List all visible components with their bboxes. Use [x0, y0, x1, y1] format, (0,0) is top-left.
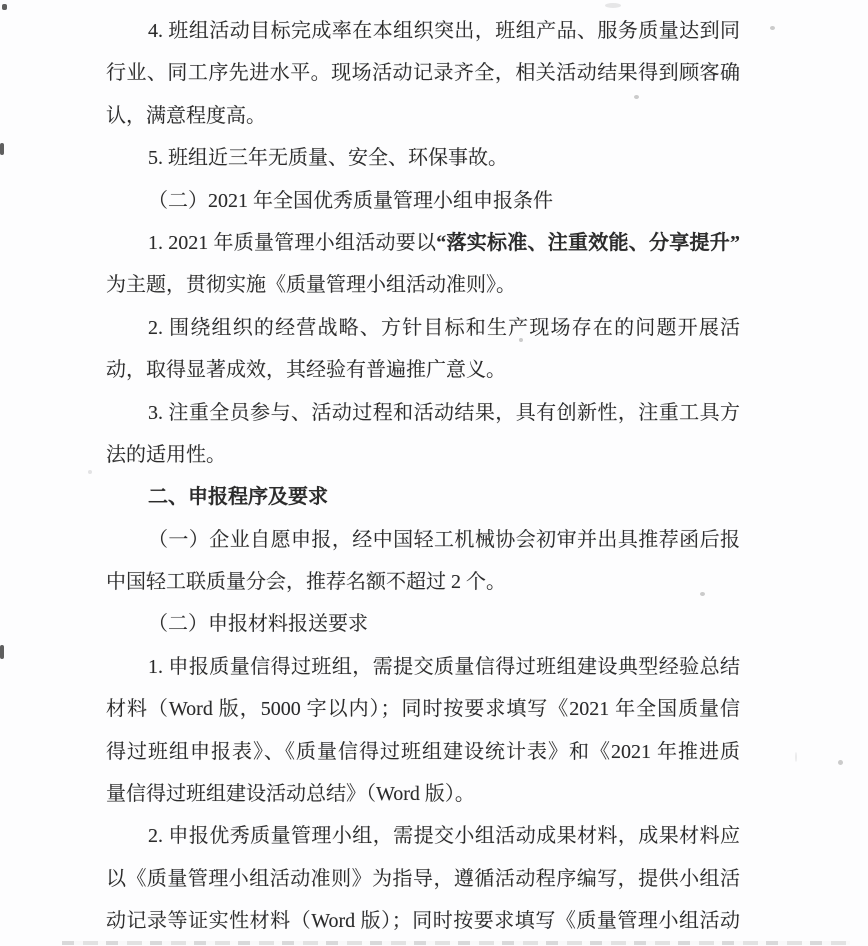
text-segment: （二）申报材料报送要求 — [148, 613, 368, 635]
scan-speck — [634, 95, 639, 99]
next-line-cutoff-band — [62, 941, 850, 945]
text-segment: 3. 注重全员参与、活动过程和活动结果，具有创新性，注重工具方 — [148, 402, 740, 424]
text-line: 为主题，贯彻实施《质量管理小组活动准则》。 — [106, 264, 740, 306]
scan-edge-mark — [0, 645, 4, 659]
scan-speck — [838, 760, 843, 765]
text-segment: 二、申报程序及要求 — [148, 486, 328, 508]
text-line: 3. 注重全员参与、活动过程和活动结果，具有创新性，注重工具方 — [106, 392, 740, 434]
text-line: 中国轻工联质量分会，推荐名额不超过 2 个。 — [106, 561, 740, 603]
text-line: 材料（Word 版，5000 字以内）；同时按要求填写《2021 年全国质量信 — [106, 688, 740, 730]
document-body: 4. 班组活动目标完成率在本组织突出，班组产品、服务质量达到同行业、同工序先进水… — [106, 10, 740, 943]
scan-speck — [519, 338, 523, 342]
text-line: 二、申报程序及要求 — [106, 476, 740, 518]
text-segment: 4. 班组活动目标完成率在本组织突出，班组产品、服务质量达到同 — [148, 20, 740, 42]
text-line: （二）2021 年全国优秀质量管理小组申报条件 — [106, 180, 740, 222]
text-segment: 5. 班组近三年无质量、安全、环保事故。 — [148, 147, 508, 169]
text-segment: 得过班组申报表》、《质量信得过班组建设统计表》和《2021 年推进质 — [106, 741, 740, 763]
text-segment: 法的适用性。 — [106, 444, 226, 466]
text-line: 动，取得显著成效，其经验有普遍推广意义。 — [106, 349, 740, 391]
text-line: 1. 2021 年质量管理小组活动要以“落实标准、注重效能、分享提升” — [106, 222, 740, 264]
scan-speck — [795, 752, 797, 762]
text-line: 行业、同工序先进水平。现场活动记录齐全，相关活动结果得到顾客确 — [106, 52, 740, 94]
text-segment: 动，取得显著成效，其经验有普遍推广意义。 — [106, 359, 506, 381]
text-segment: 动记录等证实性材料（Word 版）；同时按要求填写《质量管理小组活动 — [106, 910, 740, 932]
text-line: 以《质量管理小组活动准则》为指导，遵循活动程序编写，提供小组活 — [106, 858, 740, 900]
text-line: 2. 围绕组织的经营战略、方针目标和生产现场存在的问题开展活 — [106, 307, 740, 349]
scan-speck — [700, 592, 705, 596]
text-segment: 2. 围绕组织的经营战略、方针目标和生产现场存在的问题开展活 — [148, 317, 740, 339]
text-segment: 量信得过班组建设活动总结》（Word 版）。 — [106, 783, 475, 805]
text-line: 5. 班组近三年无质量、安全、环保事故。 — [106, 137, 740, 179]
scan-speck — [605, 3, 621, 8]
scan-speck — [770, 26, 775, 30]
text-segment: 1. 申报质量信得过班组，需提交质量信得过班组建设典型经验总结 — [148, 656, 740, 678]
text-line: 动记录等证实性材料（Word 版）；同时按要求填写《质量管理小组活动 — [106, 900, 740, 942]
text-segment: 认，满意程度高。 — [106, 105, 266, 127]
text-segment: 行业、同工序先进水平。现场活动记录齐全，相关活动结果得到顾客确 — [106, 62, 740, 84]
text-segment: 2. 申报优秀质量管理小组，需提交小组活动成果材料，成果材料应 — [148, 825, 740, 847]
text-segment: 为主题，贯彻实施《质量管理小组活动准则》。 — [106, 274, 516, 296]
scan-edge-mark — [2, 4, 7, 10]
text-segment: 以《质量管理小组活动准则》为指导，遵循活动程序编写，提供小组活 — [106, 868, 740, 890]
text-line: 量信得过班组建设活动总结》（Word 版）。 — [106, 773, 740, 815]
scan-edge-mark — [0, 143, 4, 155]
text-line: 2. 申报优秀质量管理小组，需提交小组活动成果材料，成果材料应 — [106, 815, 740, 857]
text-segment: 材料（Word 版，5000 字以内）；同时按要求填写《2021 年全国质量信 — [106, 698, 740, 720]
text-line: 法的适用性。 — [106, 434, 740, 476]
scan-speck — [88, 470, 92, 474]
document-page: 4. 班组活动目标完成率在本组织突出，班组产品、服务质量达到同行业、同工序先进水… — [0, 0, 868, 946]
text-segment: 1. 2021 年质量管理小组活动要以 — [148, 232, 436, 254]
text-line: 1. 申报质量信得过班组，需提交质量信得过班组建设典型经验总结 — [106, 646, 740, 688]
text-segment: （一）企业自愿申报，经中国轻工机械协会初审并出具推荐函后报 — [148, 529, 740, 551]
text-segment: 中国轻工联质量分会，推荐名额不超过 2 个。 — [106, 571, 506, 593]
text-line: （一）企业自愿申报，经中国轻工机械协会初审并出具推荐函后报 — [106, 519, 740, 561]
text-line: 4. 班组活动目标完成率在本组织突出，班组产品、服务质量达到同 — [106, 10, 740, 52]
text-line: （二）申报材料报送要求 — [106, 603, 740, 645]
bold-text-segment: “落实标准、注重效能、分享提升” — [436, 232, 740, 254]
text-segment: （二）2021 年全国优秀质量管理小组申报条件 — [148, 190, 553, 212]
text-line: 认，满意程度高。 — [106, 95, 740, 137]
text-line: 得过班组申报表》、《质量信得过班组建设统计表》和《2021 年推进质 — [106, 731, 740, 773]
